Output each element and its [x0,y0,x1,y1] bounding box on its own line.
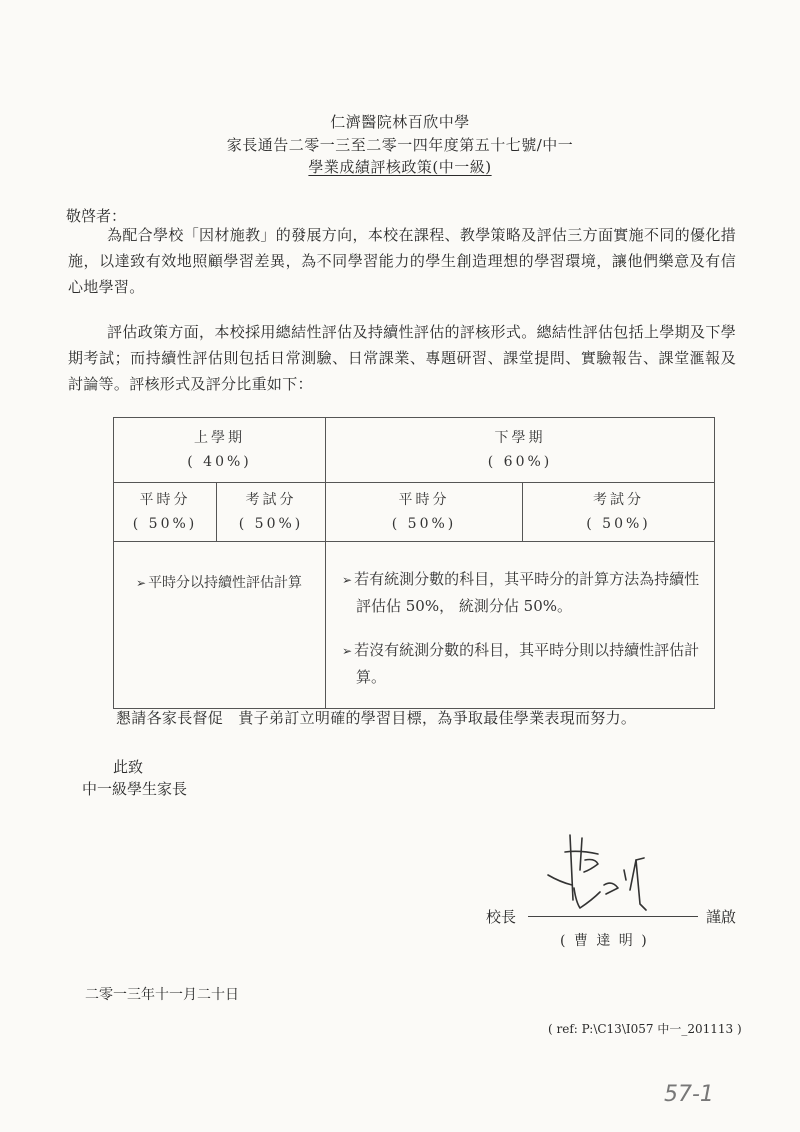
note-item: ➢平時分以持續性評估計算 [132,570,319,596]
component-name: 考試分 [217,488,325,512]
component-name: 平時分 [326,488,522,512]
first-term-coursework-cell: 平時分 ( 50%) [114,483,217,542]
component-weight: ( 50%) [114,512,216,536]
arrow-bullet-icon: ➢ [136,576,146,590]
handwritten-page-mark: 57-1 [664,1082,714,1107]
second-term-notes: ➢若有統測分數的科目，其平時分的計算方法為持續性評估佔 50%， 統測分佔 50… [326,542,715,709]
first-term-notes: ➢平時分以持續性評估計算 [114,542,326,709]
issue-date: 二零一三年十一月二十日 [85,984,239,1004]
recipient: 中一級學生家長 [82,778,187,799]
signature-line [528,916,698,917]
notice-number: 家長通告二零一三至二零一四年度第五十七號/中一 [0,134,800,155]
first-term-name: 上學期 [114,426,325,450]
first-term-exam-cell: 考試分 ( 50%) [217,483,326,542]
first-term-weight: ( 40%) [114,450,325,474]
note-item: ➢若沒有統測分數的科目，其平時分則以持續性評估計算。 [338,637,704,690]
assessment-weighting-table: 上學期 ( 40%) 下學期 ( 60%) 平時分 ( 50%) 考試分 ( 5… [113,417,715,709]
second-term-weight: ( 60%) [326,450,714,474]
note-item: ➢若有統測分數的科目，其平時分的計算方法為持續性評估佔 50%， 統測分佔 50… [338,566,704,619]
component-name: 平時分 [114,488,216,512]
principal-signature-icon [540,830,690,920]
document-title: 學業成績評核政策(中一級) [0,156,800,177]
second-term-coursework-cell: 平時分 ( 50%) [326,483,523,542]
closing-paragraph: 懇請各家長督促 貴子弟訂立明確的學習目標，為爭取最佳學業表現而努力。 [116,707,636,728]
principal-name: ( 曹 達 明 ) [560,930,649,950]
component-weight: ( 50%) [326,512,522,536]
intro-paragraph: 為配合學校「因材施教」的發展方向，本校在課程、教學策略及評估三方面實施不同的優化… [68,222,736,300]
first-term-header: 上學期 ( 40%) [114,418,326,483]
component-weight: ( 50%) [523,512,714,536]
closing-line-1: 此致 [113,756,143,777]
file-reference: ( ref: P:\C13\I057 中一_201113 ) [548,1020,742,1037]
principal-label: 校長 [486,906,516,927]
second-term-header: 下學期 ( 60%) [326,418,715,483]
arrow-bullet-icon: ➢ [342,644,352,658]
school-name: 仁濟醫院林百欣中學 [0,111,800,132]
signature-suffix: 謹啟 [706,906,736,927]
component-name: 考試分 [523,488,714,512]
arrow-bullet-icon: ➢ [342,573,352,587]
second-term-name: 下學期 [326,426,714,450]
second-term-exam-cell: 考試分 ( 50%) [523,483,715,542]
component-weight: ( 50%) [217,512,325,536]
assessment-paragraph: 評估政策方面，本校採用總結性評估及持續性評估的評核形式。總結性評估包括上學期及下… [68,319,736,397]
